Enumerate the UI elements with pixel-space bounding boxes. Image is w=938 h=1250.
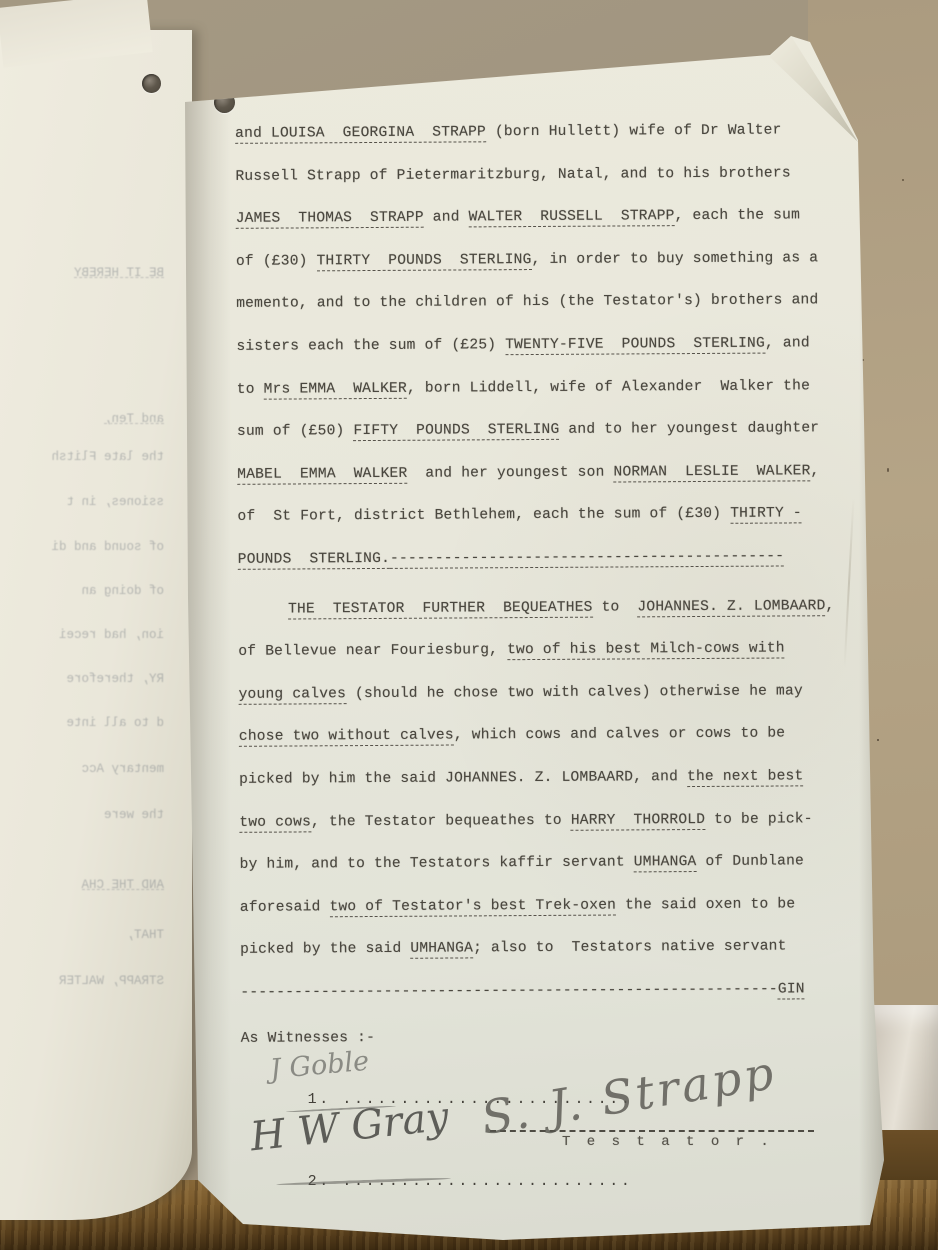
showthrough-text-container: BE IT HEREBYand Ten,the late Flitshssion…: [0, 30, 192, 1220]
typed-line: of Bellevue near Fouriesburg, two of his…: [238, 640, 834, 686]
underlined-phrase: young calves: [239, 686, 347, 705]
paper-crease: [844, 498, 855, 668]
typed-line: aforesaid two of Testator's best Trek-ox…: [240, 896, 836, 942]
typed-line: of (£30) THIRTY POUNDS STERLING, in orde…: [236, 250, 832, 296]
typed-line: picked by the said UMHANGA; also to Test…: [240, 938, 836, 984]
underlined-phrase: HARRY THORROLD: [571, 811, 705, 830]
typed-line: JAMES THOMAS STRAPP and WALTER RUSSELL S…: [236, 207, 832, 253]
typed-line: THE TESTATOR FURTHER BEQUEATHES to JOHAN…: [238, 598, 834, 644]
showthrough-line: the late Flitsh: [0, 450, 164, 468]
typed-line: young calves (should he chose two with c…: [239, 683, 835, 729]
underlined-phrase: JOHANNES. Z. LOMBAARD: [637, 598, 825, 617]
showthrough-line: AND THE CHA: [0, 878, 164, 896]
underlined-phrase: two cows: [239, 814, 311, 832]
typed-phrase: of Dunblane: [696, 853, 804, 870]
previous-page-edge: BE IT HEREBYand Ten,the late Flitshssion…: [0, 30, 192, 1220]
typed-line: memento, and to the children of his (the…: [236, 293, 832, 339]
underlined-phrase: Mrs EMMA WALKER: [264, 380, 407, 399]
typed-phrase: ; also to Testators native servant: [473, 939, 787, 957]
testator-label: T e s t a t o r .: [562, 1134, 773, 1150]
typed-phrase: , born Liddell, wife of Alexander Walker…: [407, 378, 810, 396]
showthrough-line: the were: [0, 808, 164, 826]
typed-phrase: (should he chose two with calves) otherw…: [346, 683, 803, 702]
showthrough-line: STRAPP, WALTER: [0, 974, 164, 992]
typed-phrase: and her youngest son: [407, 464, 613, 481]
underlined-phrase: POUNDS STERLING.: [238, 551, 390, 570]
underlined-phrase: and LOUISA GEORGINA STRAPP: [235, 124, 486, 144]
showthrough-line: ion, had recei: [0, 628, 164, 646]
underlined-phrase: UMHANGA: [410, 941, 473, 959]
typed-phrase: , which cows and calves or cows to be: [454, 726, 786, 744]
underlined-phrase: chose two without calves: [239, 728, 454, 747]
underlined-phrase: the next best: [687, 768, 804, 787]
showthrough-line: ssiones, in t: [0, 495, 164, 513]
typed-line: two cows, the Testator bequeathes to HAR…: [239, 811, 835, 857]
underlined-phrase: two of Testator's best Trek-oxen: [329, 897, 616, 917]
underlined-phrase: THIRTY POUNDS STERLING: [317, 252, 532, 271]
showthrough-line: d to all inte: [0, 716, 164, 734]
typed-line: Russell Strapp of Pietermaritzburg, Nata…: [235, 165, 831, 211]
showthrough-line: THAT,: [0, 928, 164, 946]
typed-text: and LOUISA GEORGINA STRAPP (born Hullett…: [235, 122, 837, 1074]
underlined-phrase: FIFTY POUNDS STERLING: [353, 422, 559, 441]
showthrough-line: of sound and di: [0, 540, 164, 558]
underlined-phrase: NORMAN LESLIE WALKER: [613, 463, 810, 482]
typed-phrase: ,: [825, 598, 834, 614]
typed-phrase: to: [237, 381, 264, 397]
underlined-phrase: THIRTY -: [730, 506, 802, 524]
typed-phrase: memento, and to the children of his (the…: [236, 293, 818, 313]
typed-phrase: of (£30): [236, 253, 317, 269]
underlined-phrase: ----------------------------------------…: [390, 548, 784, 568]
underlined-phrase: THE TESTATOR FURTHER BEQUEATHES: [288, 599, 593, 619]
typed-line: to Mrs EMMA WALKER, born Liddell, wife o…: [237, 378, 833, 424]
showthrough-line: BE IT HEREBY: [0, 266, 164, 284]
typed-phrase: by him, and to the Testators kaffir serv…: [240, 855, 634, 873]
typed-phrase: picked by him the said JOHANNES. Z. LOMB…: [239, 769, 687, 788]
typed-phrase: sisters each the sum of (£25): [236, 337, 505, 355]
underlined-phrase: TWENTY-FIVE POUNDS STERLING: [505, 336, 765, 356]
typed-phrase: ----------------------------------------…: [240, 981, 778, 1000]
underlined-phrase: WALTER RUSSELL STRAPP: [469, 208, 675, 227]
typed-line: and LOUISA GEORGINA STRAPP (born Hullett…: [235, 122, 831, 168]
typed-phrase: of St Fort, district Bethlehem, each the…: [237, 506, 730, 525]
showthrough-line: of doing an: [0, 584, 164, 602]
underlined-phrase: two of his best Milch-cows with: [507, 641, 785, 661]
underlined-phrase: GIN: [778, 981, 805, 999]
typed-phrase: sum of (£50): [237, 423, 354, 440]
typed-phrase: , the Testator bequeathes to: [311, 812, 571, 830]
typed-phrase: aforesaid: [240, 899, 330, 916]
underlined-phrase: JAMES THOMAS STRAPP: [236, 210, 424, 229]
typed-phrase: picked by the said: [240, 941, 410, 958]
showthrough-line: RY, therefore: [0, 672, 164, 690]
typed-line: ----------------------------------------…: [240, 981, 836, 1027]
typed-phrase: , each the sum: [675, 208, 801, 225]
typed-line: MABEL EMMA WALKER and her youngest son N…: [237, 463, 833, 509]
underlined-phrase: MABEL EMMA WALKER: [237, 466, 407, 485]
typed-line: by him, and to the Testators kaffir serv…: [240, 853, 836, 899]
typed-phrase: Russell Strapp of Pietermaritzburg, Nata…: [235, 165, 790, 184]
typed-line: chose two without calves, which cows and…: [239, 725, 835, 771]
typed-phrase: ,: [810, 463, 819, 479]
typed-phrase: (born Hullett) wife of Dr Walter: [486, 122, 782, 140]
typed-line: sisters each the sum of (£25) TWENTY-FIV…: [236, 335, 832, 381]
typed-phrase: to be pick-: [705, 811, 813, 828]
typed-line: picked by him the said JOHANNES. Z. LOMB…: [239, 768, 835, 814]
typed-phrase: and: [424, 210, 469, 226]
punch-hole: [214, 92, 235, 113]
document-page: and LOUISA GEORGINA STRAPP (born Hullett…: [158, 28, 885, 1250]
typed-phrase: , and: [765, 335, 810, 351]
typed-line: POUNDS STERLING.------------------------…: [238, 548, 834, 594]
showthrough-line: and Ten,: [0, 412, 164, 430]
typed-phrase: the said oxen to be: [616, 896, 795, 913]
showthrough-line: mentary Acc: [0, 762, 164, 780]
typed-line: of St Fort, district Bethlehem, each the…: [237, 506, 833, 552]
typed-line: sum of (£50) FIFTY POUNDS STERLING and t…: [237, 420, 833, 466]
witness2-line: 2. .........................: [238, 1156, 632, 1207]
typed-phrase: , in order to buy something as a: [531, 250, 818, 268]
underlined-phrase: UMHANGA: [634, 854, 697, 872]
typed-phrase: to: [593, 599, 638, 615]
photo-scene: BE IT HEREBYand Ten,the late Flitshssion…: [0, 0, 938, 1250]
typed-phrase: of Bellevue near Fouriesburg,: [238, 642, 507, 660]
typed-phrase: and to her youngest daughter: [559, 420, 819, 438]
